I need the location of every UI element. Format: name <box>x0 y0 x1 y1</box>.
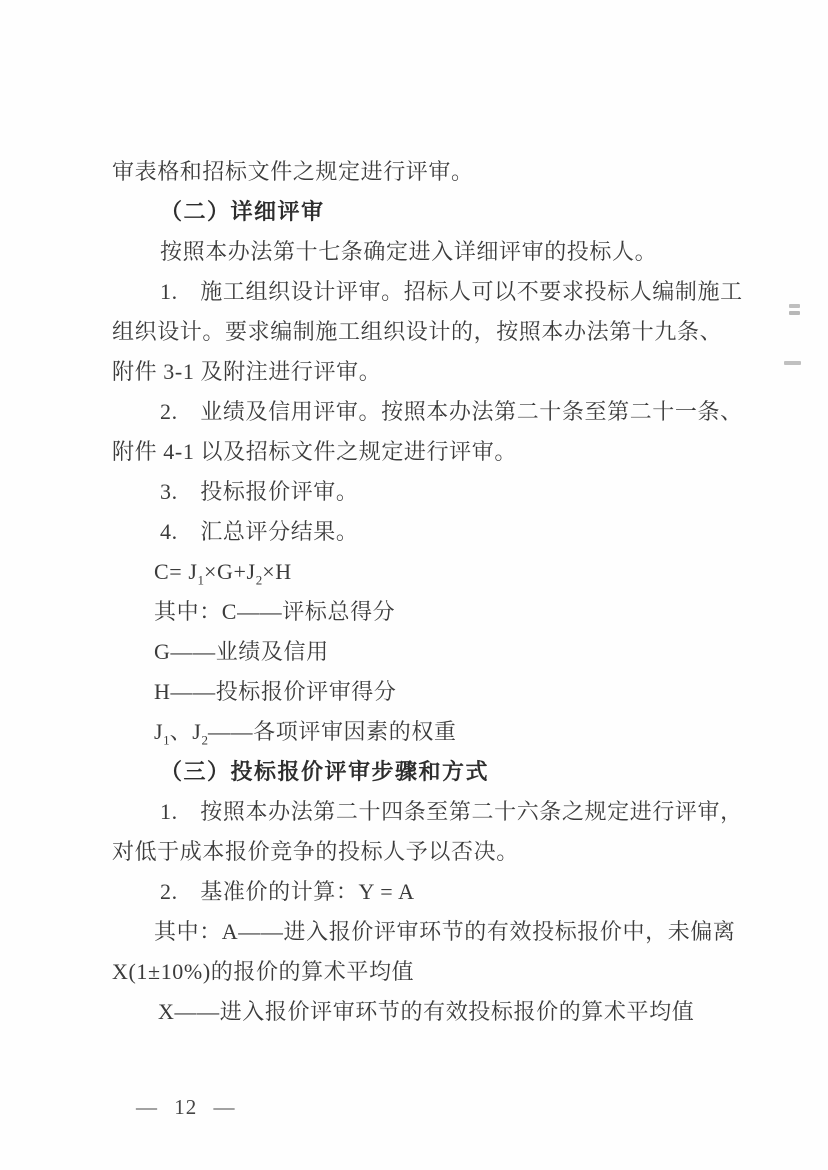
formula-part: J <box>154 719 163 744</box>
formula-part: ——各项评审因素的权重 <box>208 719 457 744</box>
item-3-bid-price-review: 3. 投标报价评审。 <box>112 472 752 512</box>
para-determine-bidders: 按照本办法第十七条确定进入详细评审的投标人。 <box>112 232 752 272</box>
definition-c: 其中：C——评标总得分 <box>112 592 752 632</box>
definition-weights: J1、J2——各项评审因素的权重 <box>112 712 752 752</box>
item-1-construction-design-cont: 组织设计。要求编制施工组织设计的，按照本办法第十九条、 <box>112 312 752 352</box>
definition-g: G——业绩及信用 <box>112 632 752 672</box>
item-1-construction-design: 1. 施工组织设计评审。招标人可以不要求投标人编制施工 <box>112 272 752 312</box>
scanned-document-page: 审表格和招标文件之规定进行评审。 （二）详细评审 按照本办法第十七条确定进入详细… <box>0 0 828 1170</box>
definition-a: 其中：A——进入报价评审环节的有效投标报价中，未偏离 <box>112 912 752 952</box>
item-2-attachment-ref: 附件 4-1 以及招标文件之规定进行评审。 <box>112 432 752 472</box>
step-1-review-rule: 1. 按照本办法第二十四条至第二十六条之规定进行评审， <box>112 792 752 832</box>
continuation-line-prev-page: 审表格和招标文件之规定进行评审。 <box>112 152 752 192</box>
step-1-review-rule-cont: 对低于成本报价竞争的投标人予以否决。 <box>112 832 752 872</box>
formula-part: ×H <box>262 559 292 584</box>
definition-a-cont: X(1±10%)的报价的算术平均值 <box>112 952 752 992</box>
section-heading-detailed-review: （二）详细评审 <box>112 192 752 232</box>
definition-x: X——进入报价评审环节的有效投标报价的算术平均值 <box>112 992 752 1032</box>
formula-part: C= J <box>154 559 198 584</box>
item-4-summary-score: 4. 汇总评分结果。 <box>112 512 752 552</box>
scan-smudge-icon <box>784 361 801 365</box>
section-heading-price-review-steps: （三）投标报价评审步骤和方式 <box>112 752 752 792</box>
scan-smudge-icon <box>789 304 800 308</box>
item-2-performance-credit: 2. 业绩及信用评审。按照本办法第二十条至第二十一条、 <box>112 392 752 432</box>
document-body: 审表格和招标文件之规定进行评审。 （二）详细评审 按照本办法第十七条确定进入详细… <box>112 152 752 1032</box>
formula-total-score: C= J1×G+J2×H <box>112 552 752 592</box>
step-2-base-price-formula: 2. 基准价的计算：Y = A <box>112 872 752 912</box>
formula-part: 、J <box>170 719 202 744</box>
formula-part: ×G+J <box>204 559 256 584</box>
item-1-attachment-ref: 附件 3-1 及附注进行评审。 <box>112 352 752 392</box>
page-number-footer: — 12 — <box>136 1092 236 1122</box>
definition-h: H——投标报价评审得分 <box>112 672 752 712</box>
